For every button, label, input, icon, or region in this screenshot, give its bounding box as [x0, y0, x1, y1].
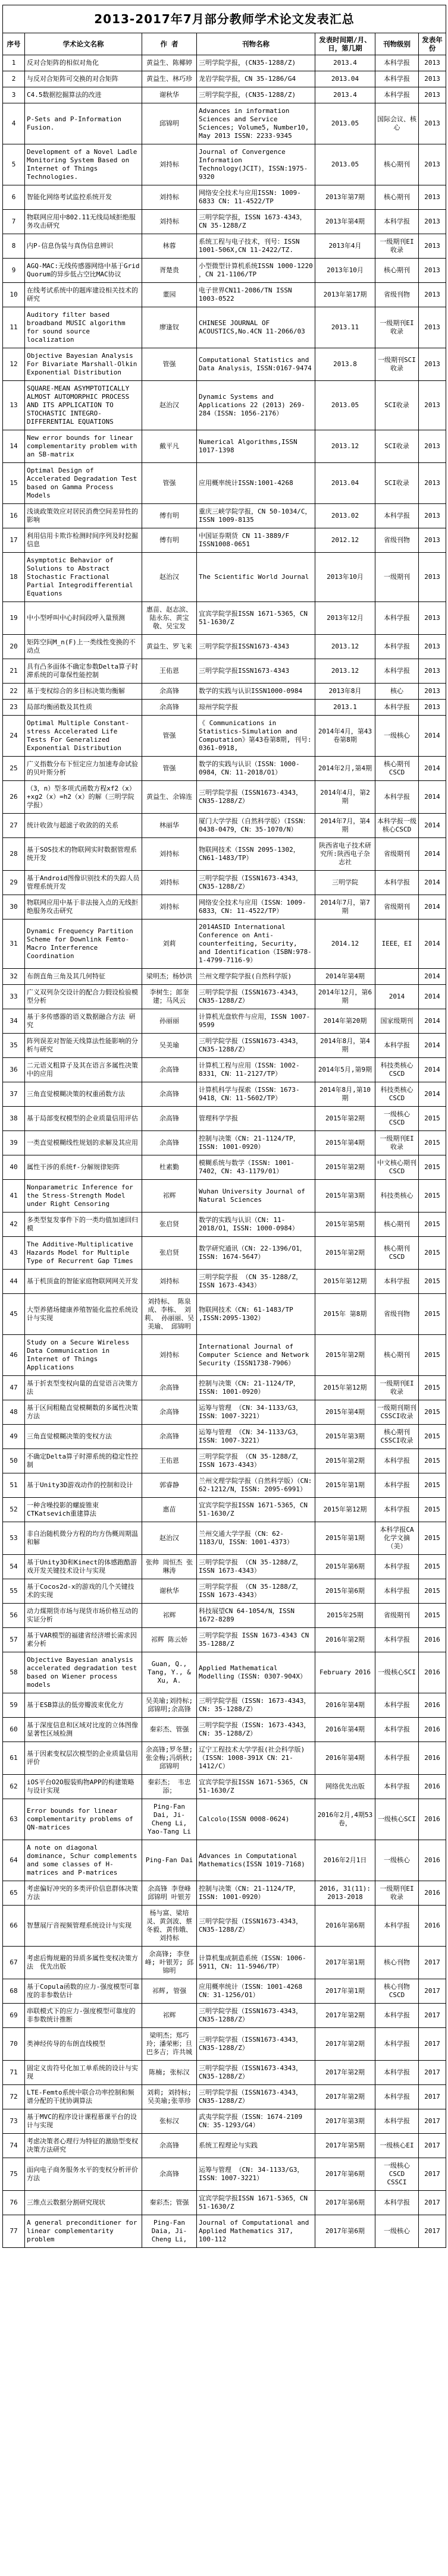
publish-year: 2015 — [419, 1180, 446, 1213]
journal-level: 科技类核心CSCD — [375, 1058, 419, 1082]
table-row: 39一类直觉模糊线性规划的求解及其应用余高锋控制与决策（CN: 21-1124/… — [3, 1131, 446, 1155]
paper-title: 阵列误差对智能天线算法性能影响的分析与研究 — [25, 1034, 142, 1058]
row-number: 10 — [3, 283, 25, 307]
journal-name: 系统工程与电子技术，刊号：ISSN 1001-506X,CN 11-2422/T… — [197, 234, 315, 259]
paper-title: Dynamic Frequency Partition Scheme for D… — [25, 919, 142, 969]
authors: 刘莉 — [142, 919, 197, 969]
publish-date: 2015年第2期 — [315, 1155, 375, 1180]
table-row: 2与反对合矩阵可交换的对合矩阵黄益生、林巧珍龙岩学院学报，CN 35-1286/… — [3, 71, 446, 87]
authors: 祁辉 陈云娇 — [142, 1628, 197, 1652]
paper-title: 考虑决策者心理行为特征的激励型变权决策方法研究 — [25, 2134, 142, 2158]
publish-date: 2016年2月,4期53卷， — [315, 1799, 375, 1840]
publish-year: 2015 — [419, 1335, 446, 1376]
paper-title: 非自治随机微分方程的均方伪概周期温和解 — [25, 1522, 142, 1555]
journal-name: 三明学院学报（ISSN1673-4343，CN35-1288/Z） — [197, 2085, 315, 2109]
publish-date: 2014年5月,第9期 — [315, 1058, 375, 1082]
journal-level: 本科学报 — [375, 2061, 419, 2085]
row-number: 46 — [3, 1335, 25, 1376]
table-body: 1反对合矩阵的相似对角化黄益生、陈椰婷三明学院学报，(CN35-1288/Z)2… — [3, 55, 446, 2248]
journal-name: 《 Communications in Statistics-Simulatio… — [197, 716, 315, 757]
journal-level: 本科学报 — [375, 1473, 419, 1498]
row-number: 64 — [3, 1840, 25, 1881]
journal-level: 本科学报 — [375, 781, 419, 814]
paper-title: A general preconditioner for linear comp… — [25, 2215, 142, 2248]
table-row: 26（3，n）型多项式函数方程xf2（x）+xg2（x）=h2（x）的解（三明学… — [3, 781, 446, 814]
authors: 张帅 周恒杰 张琳涛 — [142, 1555, 197, 1579]
table-row: 3C4.5数据挖掘算法的改进谢秋华三明学院学报，(CN35-1288/Z)201… — [3, 87, 446, 103]
table-row: 52一种含噪投影的螺旋锥束CTKatsevich重建算法惠苗宜宾学院学报ISSN… — [3, 1498, 446, 1522]
publish-year: 2015 — [419, 1376, 446, 1400]
publish-year: 2013 — [419, 87, 446, 103]
publish-date: 2016年第4期 — [315, 1718, 375, 1742]
authors: 黄益生、余锦连 — [142, 781, 197, 814]
journal-name: 宜宾学院学报ISSN 1671-5365，CN 51-1630/Z — [197, 1498, 315, 1522]
publish-year: 2015 — [419, 1604, 446, 1628]
journal-level: 本科学报 — [375, 2191, 419, 2215]
journal-level: 本科学报 — [375, 635, 419, 659]
publish-year: 2015 — [419, 1449, 446, 1473]
authors: 谢秋华 — [142, 87, 197, 103]
publish-date: 2015年25期 — [315, 1604, 375, 1628]
authors: 余高锋 — [142, 2158, 197, 2191]
journal-name: 三明学院学报（ISSN: 1673-4343， CN: 35-1288/Z） — [197, 1718, 315, 1742]
authors: 刘持标 — [142, 895, 197, 919]
journal-name: 物联网技术（ISSN 2095-1302，CN61-1483/TP） — [197, 838, 315, 871]
publish-date: 2014年4月，第2期 — [315, 781, 375, 814]
authors: Guan, Q., Tang, Y., & Xu, A. — [142, 1652, 197, 1693]
publish-date: 2017年第6期 — [315, 2158, 375, 2191]
journal-level: 省级刊物 — [375, 283, 419, 307]
row-number: 53 — [3, 1522, 25, 1555]
authors: 刘持标 — [142, 185, 197, 210]
publish-date: 2014年第20期 — [315, 1009, 375, 1034]
journal-name: 管理科学学报 — [197, 1107, 315, 1131]
paper-title: Error bounds for linear complementarity … — [25, 1799, 142, 1840]
publish-date: 2015年第6期 — [315, 1579, 375, 1604]
table-row: 41Nonparametric Inference for the Stress… — [3, 1180, 446, 1213]
table-row: 64A note on diagonal dominance, Schur co… — [3, 1840, 446, 1881]
authors: 王佑恩 — [142, 1449, 197, 1473]
row-number: 17 — [3, 528, 25, 553]
paper-title: 利用信用卡欺诈检测时间序列及时挖掘信息 — [25, 528, 142, 553]
row-number: 56 — [3, 1604, 25, 1628]
journal-level: 本科学报 — [375, 1693, 419, 1718]
journal-name: 模糊系统与数学（ISSN: 1001-7402，CN: 43-1179/01） — [197, 1155, 315, 1180]
table-row: 37三角直觉模糊决策的权重函数方法余高锋计算机科学与探索（ISSN：1673-9… — [3, 1082, 446, 1107]
publish-date: 网络优先出版 — [315, 1775, 375, 1799]
authors: 余高锋 — [142, 1107, 197, 1131]
title-row: 2013-2017年7月部分教师学术论文发表汇总 — [3, 5, 446, 33]
authors: 张标汉 — [142, 2109, 197, 2134]
table-row: 30物联网应用中基于非法接入点的无线拒绝服务攻击研究刘持标网络安全技术与应用（I… — [3, 895, 446, 919]
authors: 李树生；郎奎建；马风云 — [142, 985, 197, 1009]
publish-year: 2013 — [419, 602, 446, 635]
journal-name: 科技展望CN 64-1054/N，ISSN 1672-8289 — [197, 1604, 315, 1628]
publish-year: 2013 — [419, 528, 446, 553]
paper-title: 物联网应用中802.11无线局域拒绝服务攻击研究 — [25, 210, 142, 234]
authors: 刘持标、 陈泉成、李栋、 刘莉、 孙丽丽、吴美瑜、 邱锦明 — [142, 1294, 197, 1335]
publish-year: 2015 — [419, 1522, 446, 1555]
publish-date: 2017年第2期 — [315, 2028, 375, 2061]
publish-date: February 2016 — [315, 1652, 375, 1693]
authors: 刘持标 — [142, 144, 197, 185]
authors: 秦彩杰；管强 — [142, 2191, 197, 2215]
journal-level: 本科学报 — [375, 1579, 419, 1604]
authors: 余高锋; 李登峰; 叶银芳; 邱锦明 — [142, 1947, 197, 1979]
table-row: 6智能化网络考试监控系统开发刘持标网络安全技术与应用ISSN: 1009-683… — [3, 185, 446, 210]
journal-name: 三明学院学报（ISSN1673-4343，CN35-1288/Z） — [197, 1034, 315, 1058]
publish-year: 2013 — [419, 185, 446, 210]
row-number: 25 — [3, 757, 25, 781]
paper-title: 基于变权综合的多目标决策均衡解 — [25, 684, 142, 700]
publish-date: 2015年第1期 — [315, 1522, 375, 1555]
row-number: 47 — [3, 1376, 25, 1400]
table-row: 58Objective Bayesian analysis accelerate… — [3, 1652, 446, 1693]
journal-level — [375, 969, 419, 985]
journal-level: 一级核心 — [375, 2215, 419, 2248]
authors: 刘持标 — [142, 210, 197, 234]
table-row: 60基于深度信息和区域对比度的立体图像显著性区域检测秦彩杰、管强三明学院学报（I… — [3, 1718, 446, 1742]
table-row: 43The Additive-Multiplicative Hazards Mo… — [3, 1237, 446, 1270]
publish-year: 2017 — [419, 2215, 446, 2248]
publish-year: 2016 — [419, 1799, 446, 1840]
authors: 余高锋 — [142, 1131, 197, 1155]
paper-title: 统计收敛与超滤子收敛的的关系 — [25, 814, 142, 838]
paper-title: 智慧展厅音视频管理系统设计与实现 — [25, 1906, 142, 1947]
publish-date: 2013年第7期 — [315, 185, 375, 210]
table-row: 1反对合矩阵的相似对角化黄益生、陈椰婷三明学院学报，(CN35-1288/Z)2… — [3, 55, 446, 71]
journal-name: Computational Statistics and Data Analys… — [197, 348, 315, 381]
publish-year: 2017 — [419, 2191, 446, 2215]
authors: 刘持标 — [142, 838, 197, 871]
paper-title: 布朗直角三角及其几何特征 — [25, 969, 142, 985]
table-row: 24Optimal Multiple Constant-stress Accel… — [3, 716, 446, 757]
row-number: 3 — [3, 87, 25, 103]
journal-name: The Scientific World Journal — [197, 553, 315, 602]
table-row: 14New error bounds for linear complement… — [3, 430, 446, 463]
table-row: 77A general preconditioner for linear co… — [3, 2215, 446, 2248]
authors: 廖逢钗 — [142, 307, 197, 348]
authors: 吴美瑜;刘持标;邱锦明;余高锋 — [142, 1693, 197, 1718]
journal-level: 一级核心CSCD — [375, 1107, 419, 1131]
row-number: 43 — [3, 1237, 25, 1270]
journal-name: CHINESE JOURNAL OF ACOUSTICS,No.4CN 11-2… — [197, 307, 315, 348]
publish-year: 2014 — [419, 716, 446, 757]
paper-title: 三角直觉模糊决策的权重函数方法 — [25, 1082, 142, 1107]
table-row: 48基于区间粗糙直觉模糊数的多属性决策方法余高锋运筹与管理 （CN：34-113… — [3, 1400, 446, 1425]
journal-name: 三明学院学报，(CN35-1288/Z) — [197, 87, 315, 103]
authors: 余高锋 — [142, 1400, 197, 1425]
table-row: 22基于变权综合的多目标决策均衡解余高锋数学的实践与认识ISSN1000-098… — [3, 684, 446, 700]
publish-date: 2014年12月，第6期 — [315, 985, 375, 1009]
paper-title: AGQ-MAC:无线传感器网络中基于Grid Quorum的异步低占空比MAC协… — [25, 259, 142, 283]
authors: 吴美瑜 — [142, 1034, 197, 1058]
row-number: 13 — [3, 381, 25, 430]
column-header: 刊物级别 — [375, 33, 419, 55]
table-row: 9AGQ-MAC:无线传感器网络中基于Grid Quorum的异步低占空比MAC… — [3, 259, 446, 283]
publish-year: 2017 — [419, 2028, 446, 2061]
publish-year: 2015 — [419, 1237, 446, 1270]
row-number: 57 — [3, 1628, 25, 1652]
table-row: 5Development of a Novel Ladle Monitoring… — [3, 144, 446, 185]
journal-name: 三明学院学报（ISSN1673-4343，CN35-1288/Z） — [197, 2061, 315, 2085]
journal-level: 省级期刊 — [375, 1604, 419, 1628]
publish-year: 2013 — [419, 210, 446, 234]
journal-level: 本科学报 — [375, 1718, 419, 1742]
paper-title: 动力煤期货市场与现货市场价格互动的实证分析 — [25, 1604, 142, 1628]
journal-name: 三明学院学报（ISSN1673-4343，CN35-1288/Z） — [197, 781, 315, 814]
publish-year: 2016 — [419, 1881, 446, 1906]
journal-name: 运筹与管理 （CN：34-1133/G3，ISSN：1007-3221） — [197, 1425, 315, 1449]
journal-name: 宜宾学院学报ISSN 1671-5365，CN 51-1630/Z — [197, 1775, 315, 1799]
paper-title: 一种含噪投影的螺旋锥束CTKatsevich重建算法 — [25, 1498, 142, 1522]
journal-level: 本科学报 — [375, 71, 419, 87]
publish-year: 2016 — [419, 1652, 446, 1693]
row-number: 69 — [3, 2004, 25, 2028]
journal-level: 核心期刊CSCD — [375, 1237, 419, 1270]
row-number: 7 — [3, 210, 25, 234]
journal-level: 本科学报 — [375, 1775, 419, 1799]
publish-date: 2016年2月1日 — [315, 1840, 375, 1881]
paper-title: 三角直觉模糊决策的变权方法 — [25, 1425, 142, 1449]
table-row: 76三维点云数据分割研究现状秦彩杰；管强宜宾学院学报ISSN 1671-5365… — [3, 2191, 446, 2215]
paper-title: 基于折衷型变权向量的直觉语言决策方法 — [25, 1376, 142, 1400]
authors: 林蓉 — [142, 234, 197, 259]
journal-level: SCI收录 — [375, 463, 419, 504]
journal-level: 核心刊物 — [375, 1947, 419, 1979]
column-header: 发表时间期/月、日，第几期 — [315, 33, 375, 55]
authors: Ping-Fan Dai — [142, 1840, 197, 1881]
publish-date: 2013.02 — [315, 504, 375, 528]
publish-year: 2016 — [419, 1718, 446, 1742]
publish-date: 2017年第2期 — [315, 2061, 375, 2085]
publish-date: 2015年第12期 — [315, 1270, 375, 1294]
paper-title: A note on diagonal dominance, Schur comp… — [25, 1840, 142, 1881]
row-number: 54 — [3, 1555, 25, 1579]
publish-date: 2013.4 — [315, 87, 375, 103]
row-number: 72 — [3, 2085, 25, 2109]
row-number: 58 — [3, 1652, 25, 1693]
table-row: 57基于VAR模型的福建省经济增长需求因素分析祁辉 陈云娇三明学院学报 ISSN… — [3, 1628, 446, 1652]
publish-date: 2015年第2期 — [315, 1335, 375, 1376]
row-number: 11 — [3, 307, 25, 348]
publish-date: 2013.05 — [315, 381, 375, 430]
publish-year: 2014 — [419, 814, 446, 838]
table-row: 75面向电子商务服务水平的变权分析评价方法余高锋运筹与管理 （CN: 34-11… — [3, 2158, 446, 2191]
publish-date: 2015年第2期 — [315, 1449, 375, 1473]
journal-level: 核心期刊 — [375, 259, 419, 283]
journal-name: 运筹与管理 （CN: 34-1133/G3，ISSN：1007-3221） — [197, 2158, 315, 2191]
journal-level: 一级期刊SCI收录 — [375, 348, 419, 381]
row-number: 5 — [3, 144, 25, 185]
publish-date: 2013年第17期 — [315, 283, 375, 307]
publish-date: 2015年第4期 — [315, 1400, 375, 1425]
paper-title: （3，n）型多项式函数方程xf2（x）+xg2（x）=h2（x）的解（三明学院学… — [25, 781, 142, 814]
journal-name: 小型微型计算机系统ISSN 1000-1220 ，CN 21-1106/TP — [197, 259, 315, 283]
journal-level: 本科学报 — [375, 504, 419, 528]
journal-level: 本科学报 — [375, 2085, 419, 2109]
publish-date: 2014年7月，第4期 — [315, 814, 375, 838]
table-row: 19中小型呼叫中心时间段呼入量预测惠苗、赵志滨、陆永东、黄宝敬、吴宝发宜宾学院学… — [3, 602, 446, 635]
paper-title: 考虑偏好冲突的多类评价信息群体决策方法 — [25, 1881, 142, 1906]
authors: 余高锋 — [142, 684, 197, 700]
table-row: 49三角直觉模糊决策的变权方法余高锋运筹与管理 （CN：34-1133/G3，I… — [3, 1425, 446, 1449]
journal-name: Journal of Computational and Applied Mat… — [197, 2215, 315, 2248]
row-number: 14 — [3, 430, 25, 463]
journal-name: 控制与决策（CN: 21-1124/TP，ISSN: 1001-0920） — [197, 1131, 315, 1155]
authors: 刘莉; 刘持标; 吴美瑜;张莘珍 — [142, 2085, 197, 2109]
publish-year: 2013 — [419, 463, 446, 504]
paper-title: 大型养猪场健康养殖智能化监控系统设计与实现 — [25, 1294, 142, 1335]
table-row: 23局部均衡函数及其性质余高锋琼州学院学报2013.1本科学报2013 — [3, 700, 446, 716]
paper-title: 中小型呼叫中心时间段呼入量预测 — [25, 602, 142, 635]
authors: 刘持标 — [142, 871, 197, 895]
row-number: 45 — [3, 1294, 25, 1335]
row-number: 65 — [3, 1881, 25, 1906]
paper-title: 基于深度信息和区域对比度的立体图像显著性区域检测 — [25, 1718, 142, 1742]
journal-name: 三明学院学报（ISSN1673-4343，CN35-1288/Z） — [197, 2028, 315, 2061]
authors: 余高锋;罗冬慧;张金梅;冯炳秋;邱锦明 — [142, 1742, 197, 1775]
publish-year: 2017 — [419, 1947, 446, 1979]
paper-title: 基于Android图像识别技术的失踪人员管理系统开发 — [25, 871, 142, 895]
table-row: 70类神经传导的布朗直线模型梁明杰；郑巧玲；潘荣彬；旦巴多吉；许共城三明学院学报… — [3, 2028, 446, 2061]
publish-year: 2013 — [419, 430, 446, 463]
row-number: 12 — [3, 348, 25, 381]
publish-year: 2015 — [419, 1555, 446, 1579]
row-number: 24 — [3, 716, 25, 757]
authors: 祁辉 — [142, 1604, 197, 1628]
journal-level: 省级刊物 — [375, 1294, 419, 1335]
publish-year: 2015 — [419, 1498, 446, 1522]
paper-title: Optimal Multiple Constant-stress Acceler… — [25, 716, 142, 757]
paper-title: 二元语义粗算子及其在语言多属性决策中的应用 — [25, 1058, 142, 1082]
authors: 余高锋 — [142, 700, 197, 716]
authors: 余高锋 李登峰 邱锦明 叶银芳 — [142, 1881, 197, 1906]
publish-date: 2014.12 — [315, 919, 375, 969]
table-row: 40属性干涉的系统f-分解规律矩阵杜素勤模糊系统与数学（ISSN: 1001-7… — [3, 1155, 446, 1180]
publish-date: 2015年第5期 — [315, 1213, 375, 1237]
publish-year: 2015 — [419, 1155, 446, 1180]
table-row: 68基于Copula函数的应力-强度模型可靠度的非参数估计祁辉, 管强应用概率统… — [3, 1979, 446, 2004]
publish-date: 2013.04 — [315, 71, 375, 87]
journal-level: 核心期刊 — [375, 1213, 419, 1237]
journal-name: 武夷学院学报（ISSN：1674-2109 CN：35-1293/G4） — [197, 2109, 315, 2134]
journal-level: 本科学报CA化学文摘（美） — [375, 1522, 419, 1555]
row-number: 28 — [3, 838, 25, 871]
journal-name: 三明学院学报（ISSN: 1673-4343， CN: 35-1288/Z） — [197, 1693, 315, 1718]
journal-level: 本科学报 — [375, 1449, 419, 1473]
journal-name: Calcolo(ISSN 0008-0624) — [197, 1799, 315, 1840]
row-number: 16 — [3, 504, 25, 528]
table-row: 29基于Android图像识别技术的失踪人员管理系统开发刘持标三明学院学报（IS… — [3, 871, 446, 895]
row-number: 8 — [3, 234, 25, 259]
row-number: 34 — [3, 1009, 25, 1034]
authors: 邱锦明 — [142, 103, 197, 144]
publish-date: 2017年第2期 — [315, 2085, 375, 2109]
table-row: 56动力煤期货市场与现货市场价格互动的实证分析祁辉科技展望CN 64-1054/… — [3, 1604, 446, 1628]
paper-title: 基于VAR模型的福建省经济增长需求因素分析 — [25, 1628, 142, 1652]
journal-level: 核心刊物CSCD — [375, 1979, 419, 2004]
journal-name: 计算机集成制造系统（ISSN：1006-5911，CN: 11-5946/TP） — [197, 1947, 315, 1979]
journal-name: 数学的实践与认识ISSN1000-0984 — [197, 684, 315, 700]
authors: 祁辉, 管强 — [142, 1979, 197, 2004]
paper-title: 与反对合矩阵可交换的对合矩阵 — [25, 71, 142, 87]
row-number: 20 — [3, 635, 25, 659]
publish-year: 2015 — [419, 1400, 446, 1425]
authors: 戴平凡 — [142, 430, 197, 463]
publish-date: 2015年第12期 — [315, 1376, 375, 1400]
publish-year: 2017 — [419, 2134, 446, 2158]
row-number: 2 — [3, 71, 25, 87]
publish-date: 2015年第3期 — [315, 1180, 375, 1213]
publish-year: 2013 — [419, 234, 446, 259]
authors: 王佑恩 — [142, 659, 197, 684]
table-row: 74考虑决策者心理行为特征的激励型变权决策方法研究余高锋系统工程理论与实践201… — [3, 2134, 446, 2158]
journal-name: 三明学院学报（ISSN1673-4343，CN35-1288/Z） — [197, 1906, 315, 1947]
row-number: 35 — [3, 1034, 25, 1058]
authors: 秦彩杰； 韦忠添； — [142, 1775, 197, 1799]
paper-title: 一类直觉模糊线性规划的求解及其应用 — [25, 1131, 142, 1155]
table-row: 62iOS平台O2O服装购物APP的构建策略与设计实现秦彩杰； 韦忠添；宜宾学院… — [3, 1775, 446, 1799]
journal-name: 数学的实践与认识（ISSN：1000-0984，CN：11-2018/O1） — [197, 757, 315, 781]
journal-name: 应用概率统计（ISSN：1001-4268 CN：31-1256/O1） — [197, 1979, 315, 2004]
journal-level: 中文核心期刊CSCD — [375, 1155, 419, 1180]
authors: 刘持标 — [142, 1270, 197, 1294]
journal-name: 三明学院学报ISSN1673-4343 — [197, 635, 315, 659]
table-row: 31Dynamic Frequency Partition Scheme for… — [3, 919, 446, 969]
row-number: 63 — [3, 1799, 25, 1840]
journal-level: 本科学报 — [375, 659, 419, 684]
table-row: 25广义指数分布下恒定应力加速寿命试验的贝叶斯分析管强数学的实践与认识（ISSN… — [3, 757, 446, 781]
journal-name: 物联网技术（CN: 61-1483/TP ,ISSN:2095-1302） — [197, 1294, 315, 1335]
authors: 惠苗、赵志滨、陆永东、黄宝敬、吴宝发 — [142, 602, 197, 635]
authors: 赵治汉 — [142, 553, 197, 602]
journal-name: 三明学院学报，ISSN 1673-4343，CN 35-1288/Z — [197, 210, 315, 234]
journal-level: 一级期刊EI收录 — [375, 1131, 419, 1155]
journal-level: 核心期刊 — [375, 144, 419, 185]
publish-date: 2014年7月，第7期 — [315, 895, 375, 919]
journal-name: 三明学院学报 （CN 35-1288/Z，ISSN 1673-4343） — [197, 1555, 315, 1579]
publish-date: 2013.04 — [315, 463, 375, 504]
row-number: 38 — [3, 1107, 25, 1131]
row-number: 44 — [3, 1270, 25, 1294]
publish-date: 2013.05 — [315, 144, 375, 185]
row-number: 61 — [3, 1742, 25, 1775]
row-number: 4 — [3, 103, 25, 144]
table-row: 61基于因素变权层次模型的企业质量信用评价余高锋;罗冬慧;张金梅;冯炳秋;邱锦明… — [3, 1742, 446, 1775]
column-header: 作 者 — [142, 33, 197, 55]
table-row: 45大型养猪场健康养殖智能化监控系统设计与实现刘持标、 陈泉成、李栋、 刘莉、 … — [3, 1294, 446, 1335]
paper-title: 在线考试系统中的题库建设相关技术的研究 — [25, 283, 142, 307]
paper-title: 矩阵空间M_n(F)上一类线性变换的不动点 — [25, 635, 142, 659]
publish-year: 2015 — [419, 1131, 446, 1155]
row-number: 9 — [3, 259, 25, 283]
authors: 孙丽丽 — [142, 1009, 197, 1034]
authors: 秦彩杰、管强 — [142, 1718, 197, 1742]
journal-name: 三明学院学报 （CN 35-1288/Z，ISSN 1673-4343） — [197, 1579, 315, 1604]
journal-level: 本科学报 — [375, 1034, 419, 1058]
authors: 黄益生、陈椰婷 — [142, 55, 197, 71]
journal-name: 三明学院学报ISSN1673-4343 — [197, 659, 315, 684]
publish-year: 2015 — [419, 1579, 446, 1604]
table-row: 16浅谈政策效应对居民消费空间差异性的影响傅有明重庆三峡学院学报，CN 50-1… — [3, 504, 446, 528]
authors: 管强 — [142, 463, 197, 504]
journal-level: 一级核心SCI — [375, 1799, 419, 1840]
journal-level: 本科学报 — [375, 55, 419, 71]
publish-date: 2014年8月,第10期 — [315, 1082, 375, 1107]
publish-date: 2017年第1期 — [315, 1979, 375, 2004]
publish-year: 2013 — [419, 71, 446, 87]
